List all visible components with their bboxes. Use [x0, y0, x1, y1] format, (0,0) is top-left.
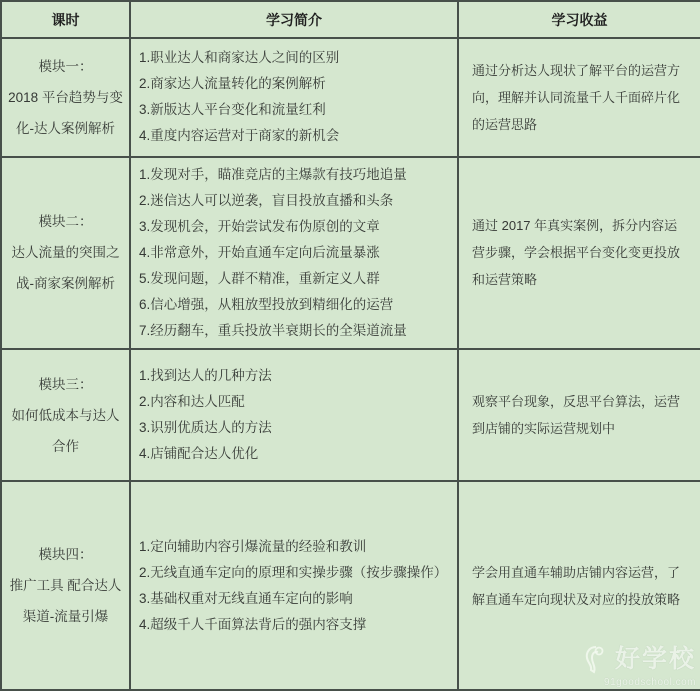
intro-item: 4.重度内容运营对于商家的新机会 — [139, 123, 453, 149]
benefit-cell: 学会用直通车辅助店铺内容运营，了解直通车定向现状及对应的投放策略 — [458, 481, 700, 690]
module-cell: 模块一： 2018 平台趋势与变化-达人案例解析 — [1, 38, 130, 157]
intro-item: 1.发现对手，瞄准竞店的主爆款有技巧地追量 — [139, 162, 453, 188]
module-cell: 模块二： 达人流量的突围之战-商家案例解析 — [1, 157, 130, 350]
course-table: 课时 学习简介 学习收益 模块一： 2018 平台趋势与变化-达人案例解析 1.… — [0, 0, 700, 691]
intro-item: 3.发现机会，开始尝试发布伪原创的文章 — [139, 214, 453, 240]
intro-item: 2.商家达人流量转化的案例解析 — [139, 71, 453, 97]
module-subtitle: 如何低成本与达人合作 — [5, 400, 126, 462]
col-header-intro: 学习简介 — [130, 1, 458, 38]
module-title: 模块一： — [5, 51, 126, 82]
intro-item: 2.无线直通车定向的原理和实操步骤（按步骤操作） — [139, 560, 453, 586]
module-title: 模块二： — [5, 206, 126, 237]
benefit-cell: 通过 2017 年真实案例，拆分内容运营步骤，学会根据平台变化变更投放和运营策略 — [458, 157, 700, 350]
table-row-module-4: 模块四： 推广工具 配合达人渠道-流量引爆 1.定向辅助内容引爆流量的经验和教训… — [1, 481, 700, 690]
module-title: 模块四： — [5, 539, 126, 570]
intro-cell: 1.找到达人的几种方法 2.内容和达人匹配 3.识别优质达人的方法 4.店铺配合… — [130, 349, 458, 481]
intro-item: 2.迷信达人可以逆袭，盲目投放直播和头条 — [139, 188, 453, 214]
intro-item: 3.识别优质达人的方法 — [139, 415, 453, 441]
benefit-cell: 观察平台现象，反思平台算法，运营到店铺的实际运营规划中 — [458, 349, 700, 481]
intro-item: 2.内容和达人匹配 — [139, 389, 453, 415]
module-subtitle: 达人流量的突围之战-商家案例解析 — [5, 237, 126, 299]
intro-item: 1.定向辅助内容引爆流量的经验和教训 — [139, 534, 453, 560]
table-row-module-3: 模块三： 如何低成本与达人合作 1.找到达人的几种方法 2.内容和达人匹配 3.… — [1, 349, 700, 481]
intro-item: 3.基础权重对无线直通车定向的影响 — [139, 586, 453, 612]
col-header-benefit: 学习收益 — [458, 1, 700, 38]
intro-item: 4.非常意外，开始直通车定向后流量暴涨 — [139, 240, 453, 266]
benefit-text: 通过分析达人现状了解平台的运营方向，理解并认同流量千人千面碎片化的运营思路 — [472, 57, 690, 138]
intro-item: 4.店铺配合达人优化 — [139, 441, 453, 467]
module-subtitle: 推广工具 配合达人渠道-流量引爆 — [5, 570, 126, 632]
benefit-text: 通过 2017 年真实案例，拆分内容运营步骤，学会根据平台变化变更投放和运营策略 — [472, 212, 690, 293]
header-row: 课时 学习简介 学习收益 — [1, 1, 700, 38]
table-row-module-1: 模块一： 2018 平台趋势与变化-达人案例解析 1.职业达人和商家达人之间的区… — [1, 38, 700, 157]
course-curriculum-page: 课时 学习简介 学习收益 模块一： 2018 平台趋势与变化-达人案例解析 1.… — [0, 0, 700, 691]
benefit-cell: 通过分析达人现状了解平台的运营方向，理解并认同流量千人千面碎片化的运营思路 — [458, 38, 700, 157]
module-cell: 模块三： 如何低成本与达人合作 — [1, 349, 130, 481]
intro-item: 1.职业达人和商家达人之间的区别 — [139, 45, 453, 71]
intro-cell: 1.发现对手，瞄准竞店的主爆款有技巧地追量 2.迷信达人可以逆袭，盲目投放直播和… — [130, 157, 458, 350]
intro-item: 1.找到达人的几种方法 — [139, 363, 453, 389]
col-header-session: 课时 — [1, 1, 130, 38]
module-subtitle: 2018 平台趋势与变化-达人案例解析 — [5, 82, 126, 144]
intro-item: 3.新版达人平台变化和流量红利 — [139, 97, 453, 123]
intro-item: 4.超级千人千面算法背后的强内容支撑 — [139, 612, 453, 638]
intro-item: 7.经历翻车，重兵投放半衰期长的全渠道流量 — [139, 318, 453, 344]
intro-cell: 1.职业达人和商家达人之间的区别 2.商家达人流量转化的案例解析 3.新版达人平… — [130, 38, 458, 157]
benefit-text: 学会用直通车辅助店铺内容运营，了解直通车定向现状及对应的投放策略 — [472, 559, 690, 613]
benefit-text: 观察平台现象，反思平台算法，运营到店铺的实际运营规划中 — [472, 388, 690, 442]
intro-item: 6.信心增强，从粗放型投放到精细化的运营 — [139, 292, 453, 318]
module-cell: 模块四： 推广工具 配合达人渠道-流量引爆 — [1, 481, 130, 690]
intro-item: 5.发现问题，人群不精准，重新定义人群 — [139, 266, 453, 292]
table-row-module-2: 模块二： 达人流量的突围之战-商家案例解析 1.发现对手，瞄准竞店的主爆款有技巧… — [1, 157, 700, 350]
module-title: 模块三： — [5, 369, 126, 400]
intro-cell: 1.定向辅助内容引爆流量的经验和教训 2.无线直通车定向的原理和实操步骤（按步骤… — [130, 481, 458, 690]
